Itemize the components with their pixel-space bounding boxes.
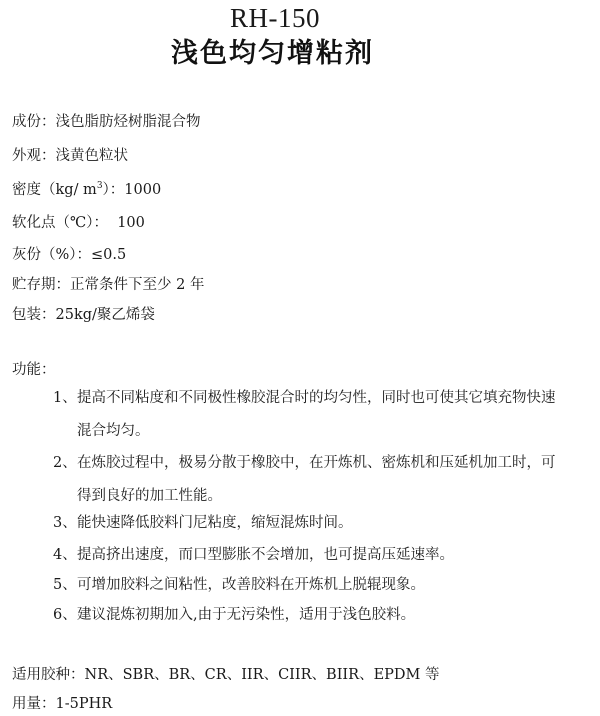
spec-label-text: 密度（kg/ m [12,182,97,198]
spec-appearance: 外观：浅黄色粒状 [12,146,128,166]
spec-shelf-life: 贮存期：正常条件下至少 2 年 [12,275,204,295]
spec-value: ≤0.5 [91,247,126,263]
item-text-continued: 混合均匀。 [77,421,150,441]
spec-value: 正常条件下至少 2 年 [70,277,204,293]
applicable-rubbers-value: NR、SBR、BR、CR、IIR、CIIR、BIIR、EPDM 等 [85,667,440,683]
spec-label: 外观： [12,148,56,164]
item-text: 可增加胶料之间粘性，改善胶料在开炼机上脱辊现象。 [77,577,425,593]
function-item-3: 3、能快速降低胶料门尼粘度，缩短混炼时间。 [53,513,588,533]
item-text: 在炼胶过程中，极易分散于橡胶中，在开炼机、密炼机和压延机加工时，可 [77,455,556,471]
function-item-6: 6、建议混炼初期加入,由于无污染性，适用于浅色胶料。 [53,605,588,625]
dosage: 用量：1-5PHR [12,694,112,714]
item-text: 提高不同粘度和不同极性橡胶混合时的均匀性，同时也可使其它填充物快速 [77,390,556,406]
item-number: 1、 [53,388,77,408]
applicable-rubbers-label: 适用胶种： [12,667,85,683]
product-model: RH-150 [0,2,550,34]
spec-label: 软化点（℃）： [12,215,108,231]
spec-value: 25kg/聚乙烯袋 [56,307,155,323]
spec-softening-point: 软化点（℃）： 100 [12,213,145,233]
product-name: 浅色均匀增粘剂 [0,37,545,71]
function-item-2: 2、在炼胶过程中，极易分散于橡胶中，在开炼机、密炼机和压延机加工时，可 得到良好… [53,453,588,473]
spec-composition: 成份：浅色脂肪烃树脂混合物 [12,112,201,132]
spec-label: 密度（kg/ m3）： [12,182,124,198]
spec-label-suffix: ）： [103,182,125,198]
item-text: 能快速降低胶料门尼粘度，缩短混炼时间。 [77,515,353,531]
spec-label: 包装： [12,307,56,323]
functions-title: 功能： [12,360,56,380]
item-number: 4、 [53,545,77,565]
item-text-continued: 得到良好的加工性能。 [77,486,222,506]
function-item-5: 5、可增加胶料之间粘性，改善胶料在开炼机上脱辊现象。 [53,575,588,595]
spec-label: 灰份（%）： [12,247,91,263]
item-number: 3、 [53,513,77,533]
spec-value: 浅色脂肪烃树脂混合物 [56,114,201,130]
function-item-4: 4、提高挤出速度，而口型膨胀不会增加，也可提高压延速率。 [53,545,588,565]
dosage-label: 用量： [12,696,56,712]
spec-label: 成份： [12,114,56,130]
applicable-rubbers: 适用胶种：NR、SBR、BR、CR、IIR、CIIR、BIIR、EPDM 等 [12,665,440,685]
item-text: 提高挤出速度，而口型膨胀不会增加，也可提高压延速率。 [77,547,454,563]
spec-value: 100 [108,215,145,231]
item-text: 建议混炼初期加入,由于无污染性，适用于浅色胶料。 [77,607,415,623]
spec-value: 浅黄色粒状 [56,148,129,164]
item-number: 6、 [53,605,77,625]
spec-value: 1000 [124,182,161,198]
spec-label: 贮存期： [12,277,70,293]
spec-ash: 灰份（%）：≤0.5 [12,245,126,265]
item-number: 5、 [53,575,77,595]
dosage-value: 1-5PHR [56,696,113,712]
function-item-1: 1、提高不同粘度和不同极性橡胶混合时的均匀性，同时也可使其它填充物快速 混合均匀… [53,388,588,408]
spec-density: 密度（kg/ m3）：1000 [12,180,161,200]
item-number: 2、 [53,453,77,473]
spec-packaging: 包装：25kg/聚乙烯袋 [12,305,155,325]
